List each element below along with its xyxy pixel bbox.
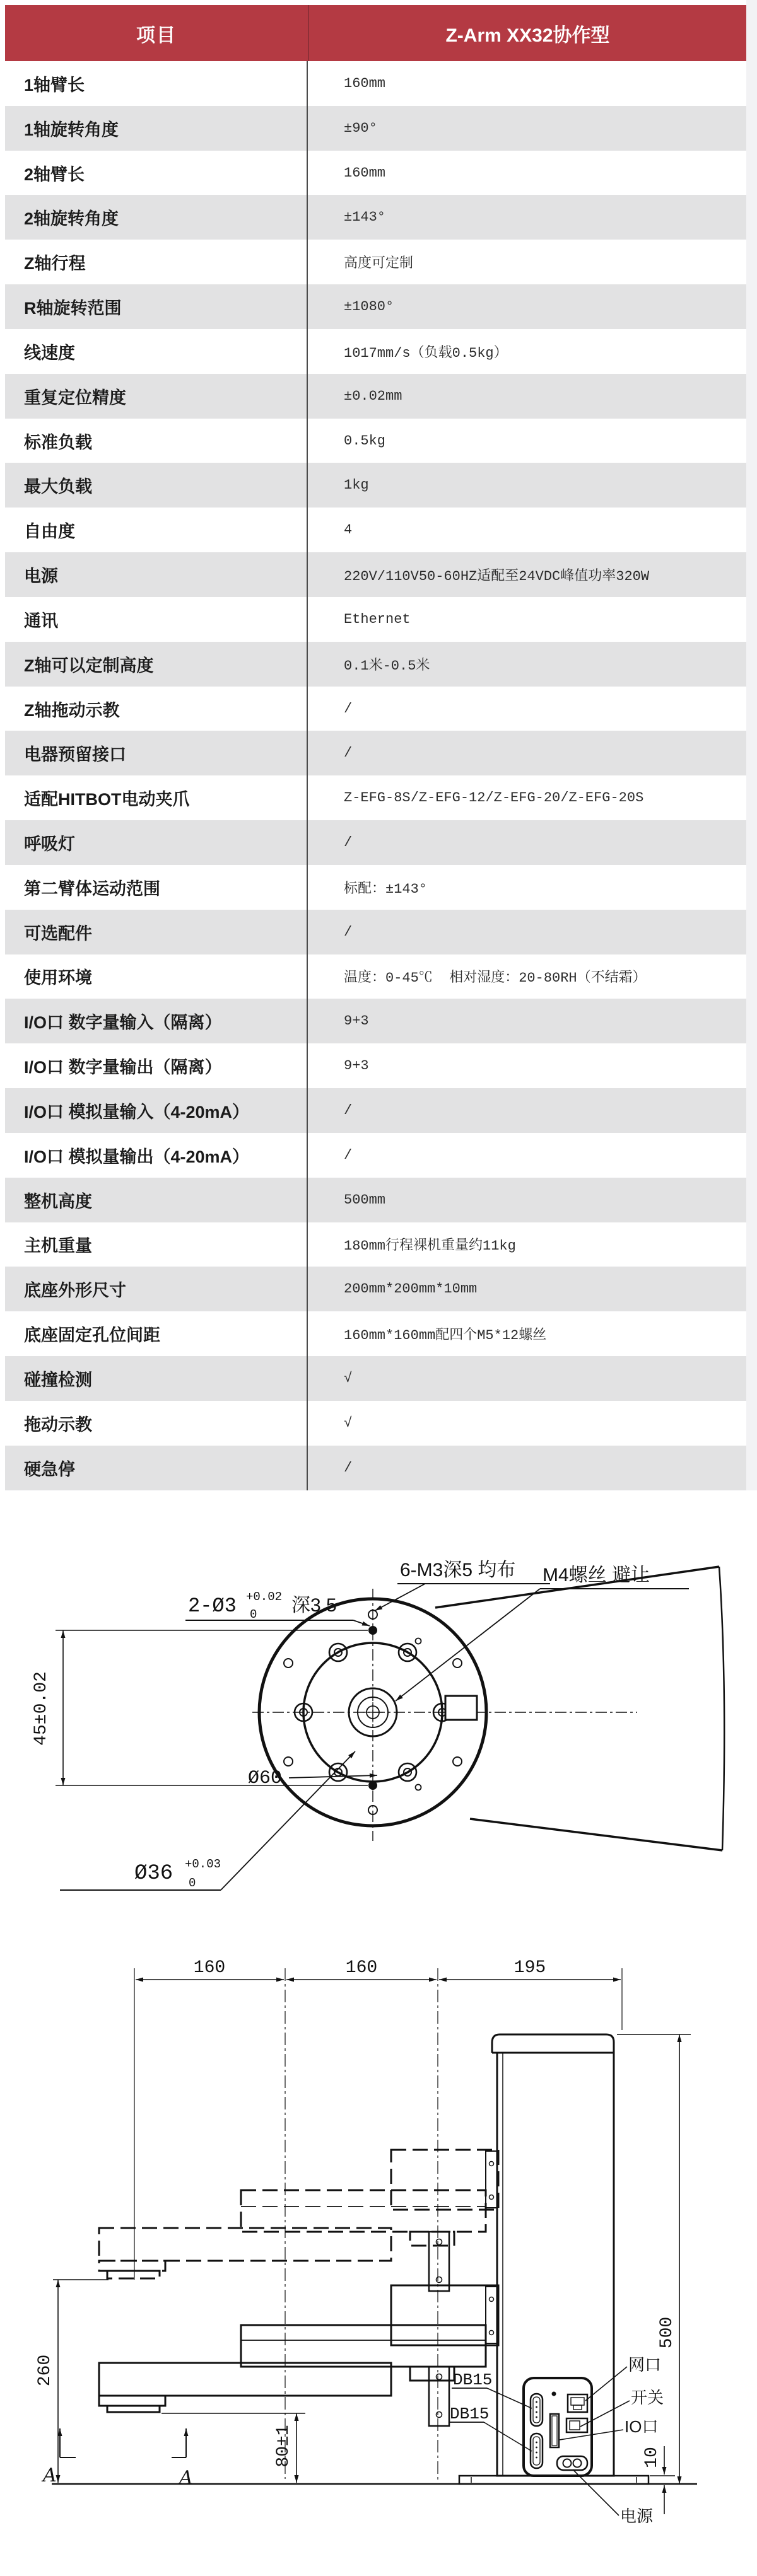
spec-row: 底座外形尺寸200mm*200mm*10mm [5,1267,746,1311]
section-a-right: A [177,2467,193,2489]
spec-value: 200mm*200mm*10mm [308,1267,746,1311]
spec-label: Z轴拖动示教 [5,687,308,731]
spec-label: 硬急停 [5,1446,308,1490]
spec-row: 1轴旋转角度±90° [5,106,746,151]
spec-label: I/O口 模拟量输入（4-20mA） [5,1088,308,1133]
spec-value: / [308,910,746,954]
spec-value: 高度可定制 [308,240,746,284]
spec-value: ±0.02mm [308,374,746,419]
spec-value: 1017mm/s（负载0.5kg） [308,329,746,374]
spec-label: 标准负载 [5,419,308,463]
dim-base-offset: 195 [514,1958,546,1978]
spec-label: I/O口 数字量输出（隔离） [5,1043,308,1088]
dim-45-label: 45±0.02 [32,1671,51,1746]
section-a-left: A [41,2464,57,2486]
spec-value: 9+3 [308,1043,746,1088]
port-labels: 网口 开关 IO口 电源 DB15 DB15 [449,2355,664,2526]
spec-row: I/O口 数字量输出（隔离）9+3 [5,1043,746,1088]
svg-text:深3.5: 深3.5 [291,1595,337,1616]
power-inlet [557,2456,587,2470]
right-margin-strip [746,0,757,1490]
header-item-cell: 项目 [5,5,309,61]
spec-row: I/O口 数字量输入（隔离）9+3 [5,999,746,1043]
page: 项目 Z-Arm XX32协作型 1轴臂长160mm1轴旋转角度±90°2轴臂长… [0,0,757,2576]
spec-table: 项目 Z-Arm XX32协作型 1轴臂长160mm1轴旋转角度±90°2轴臂长… [5,5,746,1490]
label-d36: Ø36 +0.03 0 [60,1751,355,1890]
spec-row: 呼吸灯/ [5,820,746,865]
spec-row: 线速度1017mm/s（负载0.5kg） [5,329,746,374]
spec-value: 220V/110V50-60HZ适配至24VDC峰值功率320W [308,552,746,597]
label-switch: 开关 [631,2388,664,2407]
power-switch [566,2418,587,2432]
spec-label: 最大负载 [5,463,308,508]
spec-label: 重复定位精度 [5,374,308,419]
spec-value: 9+3 [308,999,746,1043]
spec-value: 160mm [308,151,746,195]
svg-text:2-Ø3: 2-Ø3 [188,1594,237,1618]
spec-row: 重复定位精度±0.02mm [5,374,746,419]
spec-value: / [308,1088,746,1133]
label-d60: Ø60 [248,1768,377,1789]
spec-value: 180mm行程裸机重量约11kg [308,1222,746,1267]
svg-text:10: 10 [642,2447,662,2468]
dim-stroke-top: 260 [35,2280,109,2483]
label-io: IO口 [625,2417,658,2436]
spec-row: I/O口 模拟量输入（4-20mA）/ [5,1088,746,1133]
label-m4: M4螺丝 避让 [396,1565,689,1701]
spec-label: 可选配件 [5,910,308,954]
svg-text:M4螺丝 避让: M4螺丝 避让 [543,1565,650,1586]
joint-bracket-raised [429,2232,449,2291]
svg-text:6-M3深5 均布: 6-M3深5 均布 [400,1560,515,1581]
svg-text:0: 0 [189,1876,196,1890]
svg-text:500: 500 [657,2317,677,2348]
db15-connector-lower [531,2434,543,2468]
flange-drawing: 45±0.02 2-Ø3 +0.02 0 深3.5 6-M3深5 均布 M4螺丝… [0,1500,757,1917]
flange-notch [445,1696,477,1720]
spec-value: ±1080° [308,284,746,329]
label-db15-lower: DB15 [450,2405,489,2423]
io-port [550,2414,559,2447]
spec-value: 温度：0-45℃ 相对湿度：20-80RH（不结霜） [308,954,746,999]
spec-row: Z轴拖动示教/ [5,687,746,731]
spec-value: 160mm*160mm配四个M5*12螺丝 [308,1311,746,1356]
joint-bracket-lowered [429,2367,449,2426]
spec-label: 整机高度 [5,1178,308,1222]
dim-arm2: 160 [346,1958,377,1978]
spec-label: 底座外形尺寸 [5,1267,308,1311]
spec-row: 使用环境温度：0-45℃ 相对湿度：20-80RH（不结霜） [5,954,746,999]
spec-label: 2轴旋转角度 [5,195,308,240]
spec-row: 标准负载0.5kg [5,419,746,463]
svg-text:260: 260 [35,2355,55,2386]
spec-row: R轴旋转范围±1080° [5,284,746,329]
spec-label: 使用环境 [5,954,308,999]
section-marks: A A [41,2428,193,2489]
spec-table-header: 项目 Z-Arm XX32协作型 [5,5,746,61]
label-db15-upper: DB15 [453,2370,492,2389]
spec-label: 第二臂体运动范围 [5,865,308,910]
svg-text:0: 0 [250,1608,257,1622]
spec-label: 电器预留接口 [5,731,308,775]
spec-label: 2轴臂长 [5,151,308,195]
svg-text:+0.03: +0.03 [185,1857,221,1871]
spec-value: 500mm [308,1178,746,1222]
panel-led [552,2392,556,2396]
svg-text:Ø36: Ø36 [134,1862,173,1886]
dim-base-thickness: 10 [642,2446,675,2514]
spec-label: 1轴旋转角度 [5,106,308,151]
ethernet-port [568,2394,587,2412]
svg-text:Ø60: Ø60 [248,1768,282,1789]
label-power: 电源 [620,2507,654,2526]
spec-row: 最大负载1kg [5,463,746,508]
z-tower [486,2034,614,2476]
spec-row: 自由度4 [5,508,746,552]
spec-label: 线速度 [5,329,308,374]
spec-value: / [308,1133,746,1178]
spec-label: Z轴可以定制高度 [5,642,308,687]
spec-value: √ [308,1401,746,1446]
spec-label: 自由度 [5,508,308,552]
spec-value: √ [308,1356,746,1401]
spec-row: 电器预留接口/ [5,731,746,775]
spec-row: Z轴可以定制高度0.1米-0.5米 [5,642,746,687]
db15-connector-upper [531,2394,543,2426]
spec-value: / [308,1446,746,1490]
label-lan: 网口 [628,2355,661,2374]
spec-value: ±90° [308,106,746,151]
spec-value: 0.5kg [308,419,746,463]
spec-row: 主机重量180mm行程裸机重量约11kg [5,1222,746,1267]
spec-label: 电源 [5,552,308,597]
spec-label: 适配HITBOT电动夹爪 [5,775,308,820]
spec-row: 可选配件/ [5,910,746,954]
dim-45: 45±0.02 [32,1630,368,1785]
spec-row: 适配HITBOT电动夹爪Z-EFG-8S/Z-EFG-12/Z-EFG-20/Z… [5,775,746,820]
base-plate [52,2476,697,2484]
spec-label: 碰撞检测 [5,1356,308,1401]
spec-value: 标配：±143° [308,865,746,910]
spec-row: 硬急停/ [5,1446,746,1490]
spec-value: ±143° [308,195,746,240]
spec-row: 2轴臂长160mm [5,151,746,195]
spec-label: 底座固定孔位间距 [5,1311,308,1356]
svg-text:+0.02: +0.02 [246,1590,282,1604]
spec-value: 160mm [308,61,746,106]
spec-label: Z轴行程 [5,240,308,284]
connector-panel [524,2378,592,2476]
dim-top: 160 160 195 [134,1958,622,2483]
arm-outline [435,1567,724,1850]
side-view-drawing: 160 160 195 [0,1929,757,2553]
spec-row: 电源220V/110V50-60HZ适配至24VDC峰值功率320W [5,552,746,597]
spec-row: Z轴行程高度可定制 [5,240,746,284]
spec-row: 2轴旋转角度±143° [5,195,746,240]
spec-row: 1轴臂长160mm [5,61,746,106]
spec-value: Z-EFG-8S/Z-EFG-12/Z-EFG-20/Z-EFG-20S [308,775,746,820]
spec-row: 整机高度500mm [5,1178,746,1222]
spec-label: 1轴臂长 [5,61,308,106]
spec-row: 通讯Ethernet [5,597,746,642]
spec-value: / [308,687,746,731]
spec-value: 0.1米-0.5米 [308,642,746,687]
spec-label: 主机重量 [5,1222,308,1267]
arm-assembly-lowered [99,2285,498,2412]
spec-row: 碰撞检测√ [5,1356,746,1401]
spec-label: I/O口 数字量输入（隔离） [5,999,308,1043]
spec-label: R轴旋转范围 [5,284,308,329]
spec-value: 1kg [308,463,746,508]
spec-label: 拖动示教 [5,1401,308,1446]
spec-label: 通讯 [5,597,308,642]
spec-row: I/O口 模拟量输出（4-20mA）/ [5,1133,746,1178]
arm-assembly-raised [99,2150,498,2278]
spec-row: 拖动示教√ [5,1401,746,1446]
spec-value: Ethernet [308,597,746,642]
spec-value: 4 [308,508,746,552]
header-model-cell: Z-Arm XX32协作型 [309,5,746,61]
spec-label: 呼吸灯 [5,820,308,865]
spec-row: 底座固定孔位间距160mm*160mm配四个M5*12螺丝 [5,1311,746,1356]
spec-label: I/O口 模拟量输出（4-20mA） [5,1133,308,1178]
spec-row: 第二臂体运动范围标配：±143° [5,865,746,910]
spec-value: / [308,820,746,865]
dim-arm1: 160 [194,1958,225,1978]
spec-value: / [308,731,746,775]
svg-text:80±1: 80±1 [274,2425,293,2467]
label-pin: 2-Ø3 +0.02 0 深3.5 [185,1590,370,1626]
spec-table-body: 1轴臂长160mm1轴旋转角度±90°2轴臂长160mm2轴旋转角度±143°Z… [5,61,746,1490]
